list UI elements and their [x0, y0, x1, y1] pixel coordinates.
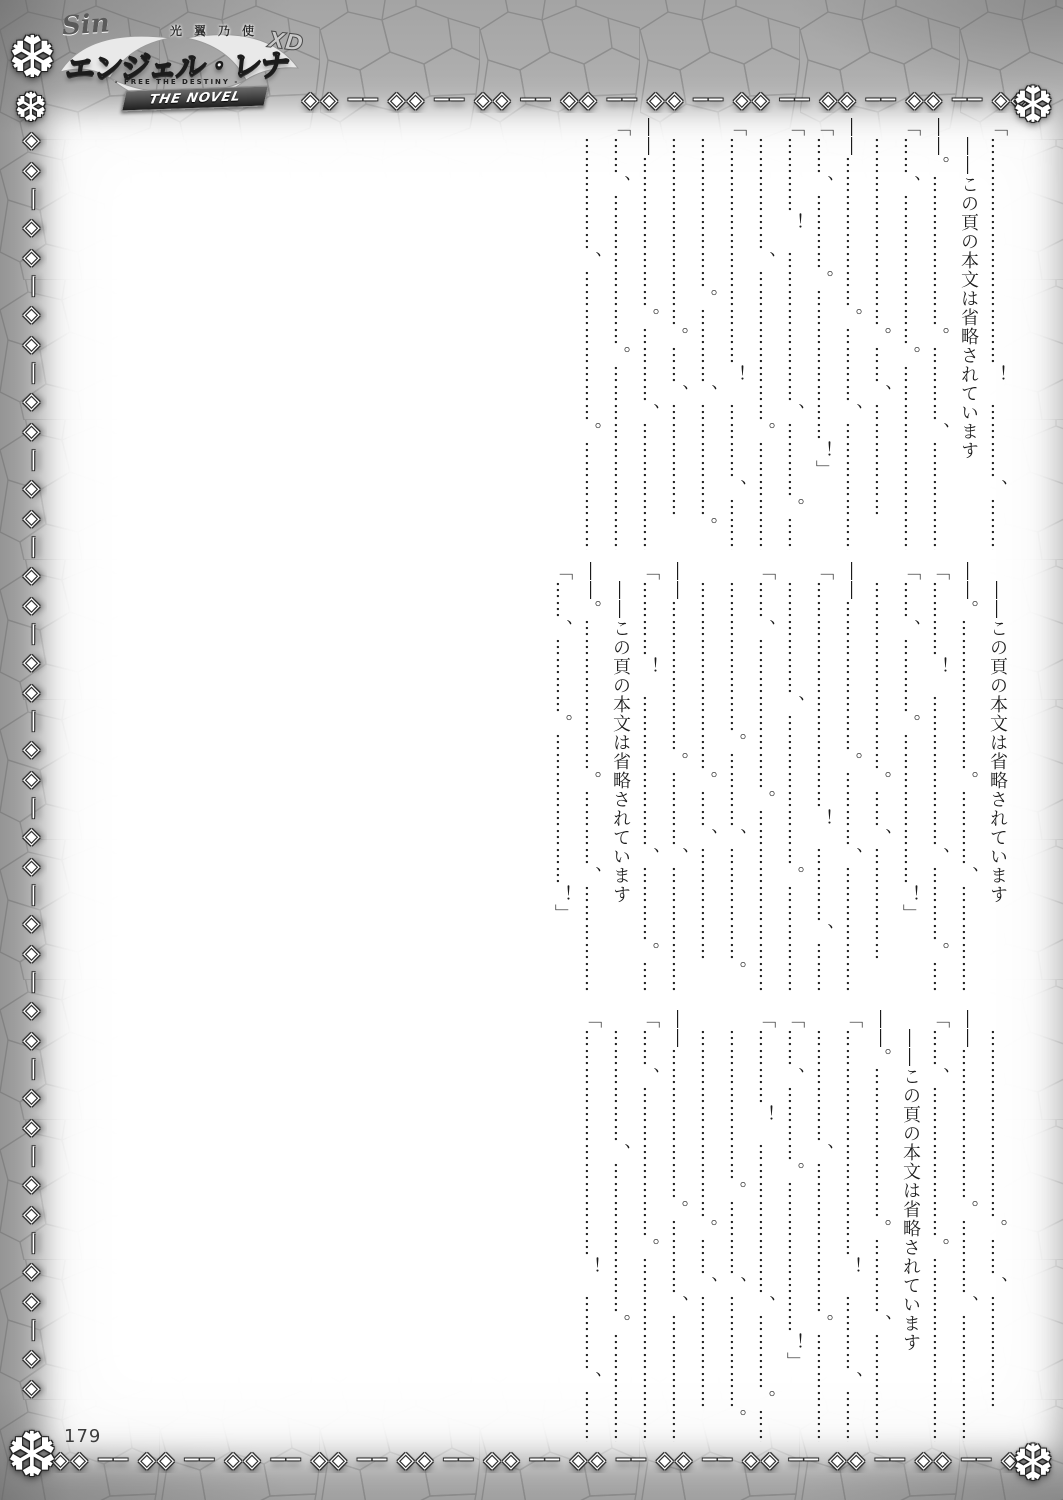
- paragraph: 「………………………………！ …………、…………………………。……、…………………: [983, 118, 1012, 550]
- paragraph: 「……、……………………。…………………………、………………。……………………！…: [925, 1010, 954, 1442]
- text-band-middle: ――この頁の本文は省略されています――。……………………。…………、…………………: [62, 562, 1012, 992]
- paragraph: ………………、……………………。…………………………。……、………………。…………: [751, 118, 780, 550]
- paragraph: …………………………。……、………………――……………………。…………、……………: [954, 1010, 1012, 1442]
- paragraph: ………………、……………………。…………………………。……、………………。…………: [809, 1010, 838, 1442]
- paragraph: ……………………。…………、………………。: [722, 1010, 751, 1442]
- paragraph: 「……、…………。……………………！」: [548, 562, 577, 992]
- paragraph: 「……、……………………。…………………………、………………。……………………！…: [751, 562, 780, 992]
- paragraph: 「……、……………………。…………………………、………………。……………………！…: [635, 1010, 664, 1442]
- paragraph: 「…………！ ……………………、…………。………………、……………………。……、…: [751, 1010, 780, 1442]
- paragraph: 「………………………………！ …………、…………………………。……、…………………: [838, 1010, 867, 1442]
- paragraph: …………………………。……、………………――……………………。…………、……………: [838, 562, 896, 992]
- logo-xd-mark: XD: [267, 28, 305, 57]
- paragraph: 「……、……………………。…………………………、………………。……………………！…: [896, 118, 925, 550]
- paragraph: …………………………。……、………………――……………………。…………、……………: [635, 118, 693, 550]
- paragraph: ………………、……………………。…………………………。……、………………。…………: [577, 118, 606, 550]
- text-band-bottom: …………………………。……、………………――……………………。…………、……………: [62, 1010, 1012, 1442]
- page-number: 179: [64, 1426, 101, 1447]
- paragraph: ――この頁の本文は省略されています――。……………………。…………、…………………: [577, 562, 635, 992]
- text-band-top: 「………………………………！ …………、…………………………。……、…………………: [62, 118, 1012, 550]
- paragraph: ――この頁の本文は省略されています――。……………………。…………、…………………: [925, 118, 983, 550]
- paragraph: 「……、……………………。…………………………、………………。……………………！…: [606, 118, 635, 550]
- paragraph: 「……、…………。……………………！」: [809, 118, 838, 550]
- paragraph: 「………………………………！ …………、…………………………。……、…………………: [722, 118, 751, 550]
- paragraph: 「…………！ ……………………、…………。………………、……………………。……、…: [635, 562, 664, 992]
- novel-page: ◈◈ ── ◈◈ ── ◈◈ ── ◈◈ ── ◈◈ ── ◈◈ ── ◈◈ ─…: [0, 0, 1063, 1500]
- paragraph: ……………………。…………、………………。: [693, 118, 722, 550]
- novel-banner-label: THE NOVEL: [148, 89, 243, 107]
- series-logo: Sin 光翼乃使 エンジェル・レナ XD - FREE THE DESTINY …: [52, 14, 317, 116]
- paragraph: 「……、…………。……………………！」: [896, 562, 925, 992]
- paragraph: 「…………！ ……………………、…………。………………、……………………。……、…: [780, 118, 809, 550]
- paragraph: 「…………！ ……………………、…………。………………、……………………。……、…: [925, 562, 954, 992]
- paragraph: ――この頁の本文は省略されています――。……………………。…………、…………………: [867, 1010, 925, 1442]
- paragraph: 「……、…………。……………………！」: [780, 1010, 809, 1442]
- paragraph: ………………、……………………。…………………………。……、………………。…………: [780, 562, 809, 992]
- paragraph: …………………………。……、………………――……………………。…………、……………: [838, 118, 896, 550]
- logo-kanji-text: 光翼乃使: [170, 22, 266, 39]
- paragraph: ――この頁の本文は省略されています――。……………………。…………、…………………: [954, 562, 1012, 992]
- paragraph: …………………………。……、………………――……………………。…………、……………: [664, 562, 722, 992]
- paragraph: ……………………。…………、………………。: [722, 562, 751, 992]
- paragraph: 「………………………………！ …………、…………………………。……、…………………: [809, 562, 838, 992]
- paragraph: …………………………。……、………………――……………………。…………、……………: [664, 1010, 722, 1442]
- paragraph: 「………………………………！ …………、……………………」: [577, 1010, 606, 1442]
- paragraph: ………………、……………………。…………………………。……、………………。…………: [606, 1010, 635, 1442]
- logo-script-text: Sin: [61, 8, 111, 41]
